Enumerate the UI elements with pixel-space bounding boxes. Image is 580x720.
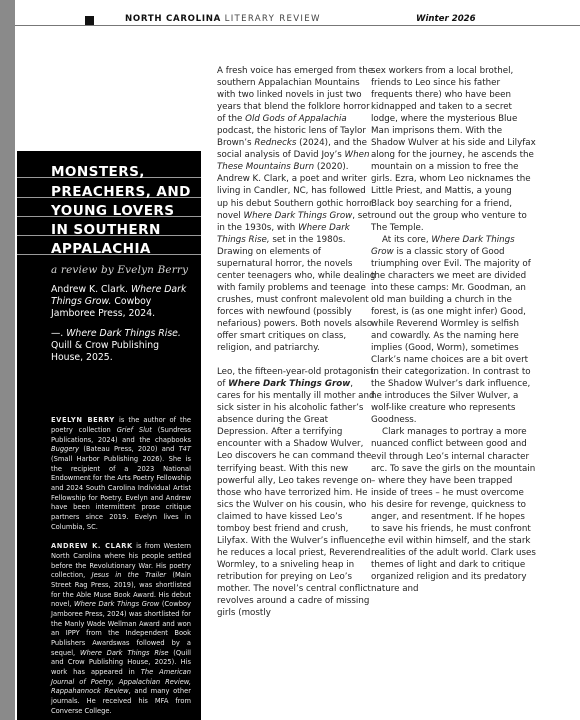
bio-name: EVELYN BERRY bbox=[51, 416, 115, 424]
book-title: Where Dark Things Rise. bbox=[66, 328, 181, 339]
byline: a review by Evelyn Berry bbox=[51, 264, 201, 276]
author-bio: ANDREW K. CLARK is from Western North Ca… bbox=[51, 542, 191, 716]
article-paragraph: At its core, Where Dark Things Grow is a… bbox=[371, 234, 536, 427]
publication-name-bold: NORTH CAROLINA bbox=[125, 14, 221, 24]
article-paragraph: Clark manages to portray a more nuanced … bbox=[371, 426, 536, 595]
reviewer-bio: EVELYN BERRY is the author of the poetry… bbox=[51, 416, 191, 532]
article-paragraph: sex workers from a local brothel, friend… bbox=[371, 65, 536, 234]
article-paragraph: A fresh voice has emerged from the south… bbox=[217, 65, 377, 354]
article-paragraph: Leo, the fifteen-year-old protagonist of… bbox=[217, 366, 377, 619]
running-header: NORTH CAROLINA LITERARY REVIEW Winter 20… bbox=[15, 0, 580, 26]
book-author: —. bbox=[51, 328, 63, 339]
issue-label: Winter 2026 bbox=[416, 14, 476, 24]
book-author: Andrew K. Clark. bbox=[51, 284, 128, 295]
title-sidebar: MONSTERS, PREACHERS, AND YOUNG LOVERS IN… bbox=[17, 151, 201, 720]
title-line: APPALACHIA bbox=[51, 241, 151, 257]
header-square-marker bbox=[85, 16, 94, 25]
book-publisher: Quill & Crow Publishing House, 2025. bbox=[51, 340, 159, 363]
bio-name: ANDREW K. CLARK bbox=[51, 542, 133, 550]
article-title: MONSTERS, PREACHERS, AND YOUNG LOVERS IN… bbox=[17, 159, 201, 255]
article-column-1: A fresh voice has emerged from the south… bbox=[217, 65, 377, 619]
article-column-2: sex workers from a local brothel, friend… bbox=[371, 65, 536, 595]
publication-name: NORTH CAROLINA LITERARY REVIEW bbox=[125, 14, 321, 24]
book-citation: Andrew K. Clark. Where Dark Things Grow.… bbox=[51, 284, 189, 320]
publication-name-light: LITERARY REVIEW bbox=[225, 14, 321, 24]
page-gutter bbox=[0, 0, 15, 720]
book-citation: —. Where Dark Things Rise. Quill & Crow … bbox=[51, 328, 189, 364]
